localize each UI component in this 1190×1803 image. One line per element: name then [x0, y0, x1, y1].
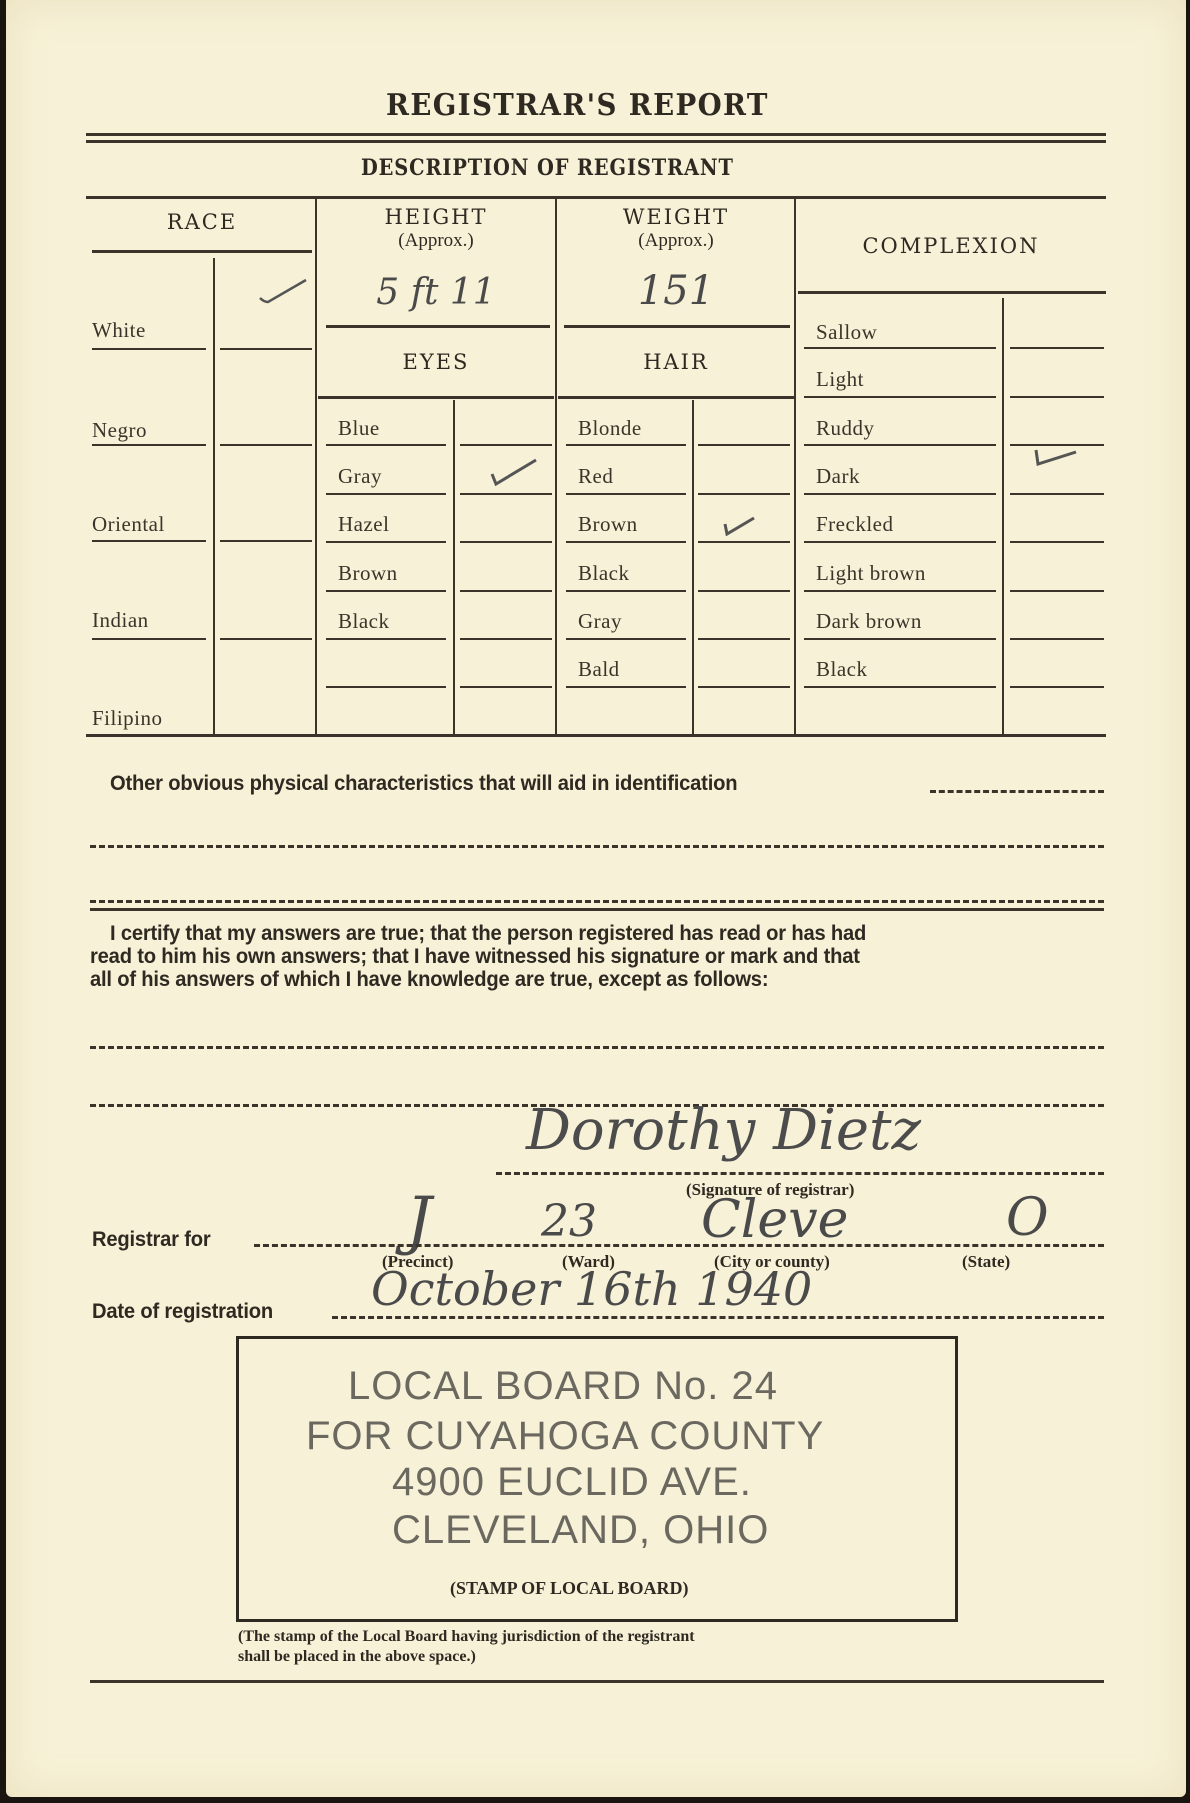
registrar-for-line [254, 1244, 1104, 1247]
row-rule [326, 686, 446, 688]
row-rule [92, 638, 206, 640]
row-rule [566, 638, 686, 640]
row-rule [460, 493, 552, 495]
race-value-divider [213, 258, 215, 736]
row-rule [1010, 347, 1104, 349]
row-rule [460, 444, 552, 446]
footnote-line-1: (The stamp of the Local Board having jur… [238, 1628, 695, 1646]
row-rule [326, 541, 446, 543]
race-label: Oriental [92, 512, 165, 537]
complexion-label: Dark brown [816, 609, 922, 634]
row-rule [220, 638, 312, 640]
hair-header: HAIR [558, 350, 794, 374]
hair-label: Bald [578, 657, 620, 682]
certification-line-3: all of his answers of which I have knowl… [90, 968, 768, 991]
row-rule [566, 493, 686, 495]
hair-label: Red [578, 464, 613, 489]
weight-rule [564, 325, 790, 328]
row-rule [566, 686, 686, 688]
row-rule [698, 541, 790, 543]
row-rule [92, 348, 206, 350]
row-rule [1010, 638, 1104, 640]
height-value[interactable]: 5 ft 11 [336, 272, 536, 313]
row-rule [804, 638, 996, 640]
registrar-for-label: Registrar for [92, 1228, 211, 1251]
race-label: Filipino [92, 706, 163, 731]
row-rule [566, 444, 686, 446]
exceptions-line-1[interactable] [90, 1046, 1104, 1049]
eyes-header: EYES [318, 350, 554, 374]
complexion-label: Light [816, 367, 864, 392]
other-characteristics-line-2[interactable] [90, 845, 1104, 848]
eyes-label: Gray [338, 464, 382, 489]
race-header: RACE [92, 210, 312, 234]
footnote-line-2: shall be placed in the above space.) [238, 1648, 476, 1666]
row-rule [698, 444, 790, 446]
complexion-label: Sallow [816, 320, 877, 345]
date-of-registration-value[interactable]: October 16th 1940 [371, 1262, 812, 1316]
row-rule [804, 541, 996, 543]
row-rule [1010, 541, 1104, 543]
date-of-registration-label: Date of registration [92, 1300, 273, 1323]
date-line [332, 1316, 1104, 1319]
race-label: White [92, 318, 146, 343]
checkmark-icon [722, 514, 756, 536]
weight-value[interactable]: 151 [586, 268, 766, 314]
race-header-rule [92, 250, 312, 253]
divider-height-weight [555, 198, 557, 736]
row-rule [220, 348, 312, 350]
row-rule [804, 686, 996, 688]
row-rule [326, 444, 446, 446]
row-rule [1010, 396, 1104, 398]
row-rule [220, 540, 312, 542]
row-rule [698, 493, 790, 495]
row-rule [326, 638, 446, 640]
row-rule [566, 590, 686, 592]
eyes-value-divider [453, 400, 455, 736]
eyes-label: Brown [338, 561, 398, 586]
row-rule [92, 444, 206, 446]
row-rule [460, 541, 552, 543]
complexion-label: Ruddy [816, 416, 875, 441]
checkmark-icon [1030, 446, 1078, 468]
table-top-rule [86, 196, 1106, 199]
row-rule [92, 540, 206, 542]
city-value[interactable]: Cleve [701, 1190, 848, 1250]
complexion-header-rule [798, 291, 1106, 294]
certification-line-2: read to him his own answers; that I have… [90, 945, 860, 968]
stamp-caption: (STAMP OF LOCAL BOARD) [450, 1578, 689, 1599]
row-rule [698, 638, 790, 640]
row-rule [326, 590, 446, 592]
eyes-header-rule [318, 396, 554, 399]
row-rule [804, 590, 996, 592]
signature-line [496, 1172, 1104, 1175]
race-label: Indian [92, 608, 149, 633]
registration-card: REGISTRAR'S REPORT DESCRIPTION OF REGIST… [6, 0, 1186, 1797]
weight-header: WEIGHT [558, 205, 794, 229]
checkmark-icon [258, 276, 308, 304]
hair-header-rule [558, 396, 794, 399]
certification-line-1: I certify that my answers are true; that… [110, 922, 866, 945]
footer-rule [90, 1680, 1104, 1683]
divider-weight-complexion [794, 198, 796, 736]
stamp-line-3: 4900 EUCLID AVE. [392, 1460, 752, 1505]
hair-value-divider [692, 400, 694, 736]
race-label: Negro [92, 418, 147, 443]
title-rule-top [86, 133, 1106, 136]
height-approx-label: (Approx.) [318, 230, 554, 252]
row-rule [1010, 493, 1104, 495]
hair-label: Blonde [578, 416, 642, 441]
registrar-signature[interactable]: Dorothy Dietz [526, 1098, 921, 1163]
state-value[interactable]: O [1006, 1188, 1049, 1248]
row-rule [460, 638, 552, 640]
weight-approx-label: (Approx.) [558, 230, 794, 252]
state-caption: (State) [962, 1252, 1010, 1272]
hair-label: Brown [578, 512, 638, 537]
stamp-line-4: CLEVELAND, OHIO [392, 1508, 769, 1553]
hair-label: Black [578, 561, 629, 586]
section-title: DESCRIPTION OF REGISTRANT [361, 155, 734, 181]
title-rule-bottom [86, 140, 1106, 143]
other-characteristics-field[interactable] [930, 790, 1104, 793]
stamp-line-1: LOCAL BOARD No. 24 [348, 1364, 778, 1409]
row-rule [698, 590, 790, 592]
section-rule [90, 908, 1104, 911]
row-rule [804, 347, 996, 349]
complexion-label: Dark [816, 464, 860, 489]
row-rule [1010, 686, 1104, 688]
complexion-header: COMPLEXION [798, 234, 1104, 258]
row-rule [1010, 590, 1104, 592]
row-rule [220, 444, 312, 446]
complexion-label: Black [816, 657, 867, 682]
table-bottom-rule [86, 734, 1106, 737]
other-characteristics-label: Other obvious physical characteristics t… [110, 772, 737, 795]
eyes-label: Blue [338, 416, 380, 441]
divider-race-height [315, 198, 317, 736]
height-header: HEIGHT [318, 205, 554, 229]
height-rule [326, 325, 550, 328]
eyes-label: Hazel [338, 512, 389, 537]
checkmark-icon [488, 456, 538, 486]
page-title: REGISTRAR'S REPORT [386, 88, 769, 123]
hair-label: Gray [578, 609, 622, 634]
other-characteristics-line-3[interactable] [90, 900, 1104, 903]
complexion-label: Freckled [816, 512, 893, 537]
row-rule [698, 686, 790, 688]
row-rule [804, 396, 996, 398]
row-rule [460, 686, 552, 688]
complexion-label: Light brown [816, 561, 926, 586]
row-rule [326, 493, 446, 495]
stamp-line-2: FOR CUYAHOGA COUNTY [306, 1414, 824, 1459]
row-rule [804, 493, 996, 495]
complexion-value-divider [1002, 298, 1004, 736]
row-rule [804, 444, 996, 446]
ward-value[interactable]: 23 [541, 1196, 597, 1247]
eyes-label: Black [338, 609, 389, 634]
row-rule [566, 541, 686, 543]
row-rule [460, 590, 552, 592]
